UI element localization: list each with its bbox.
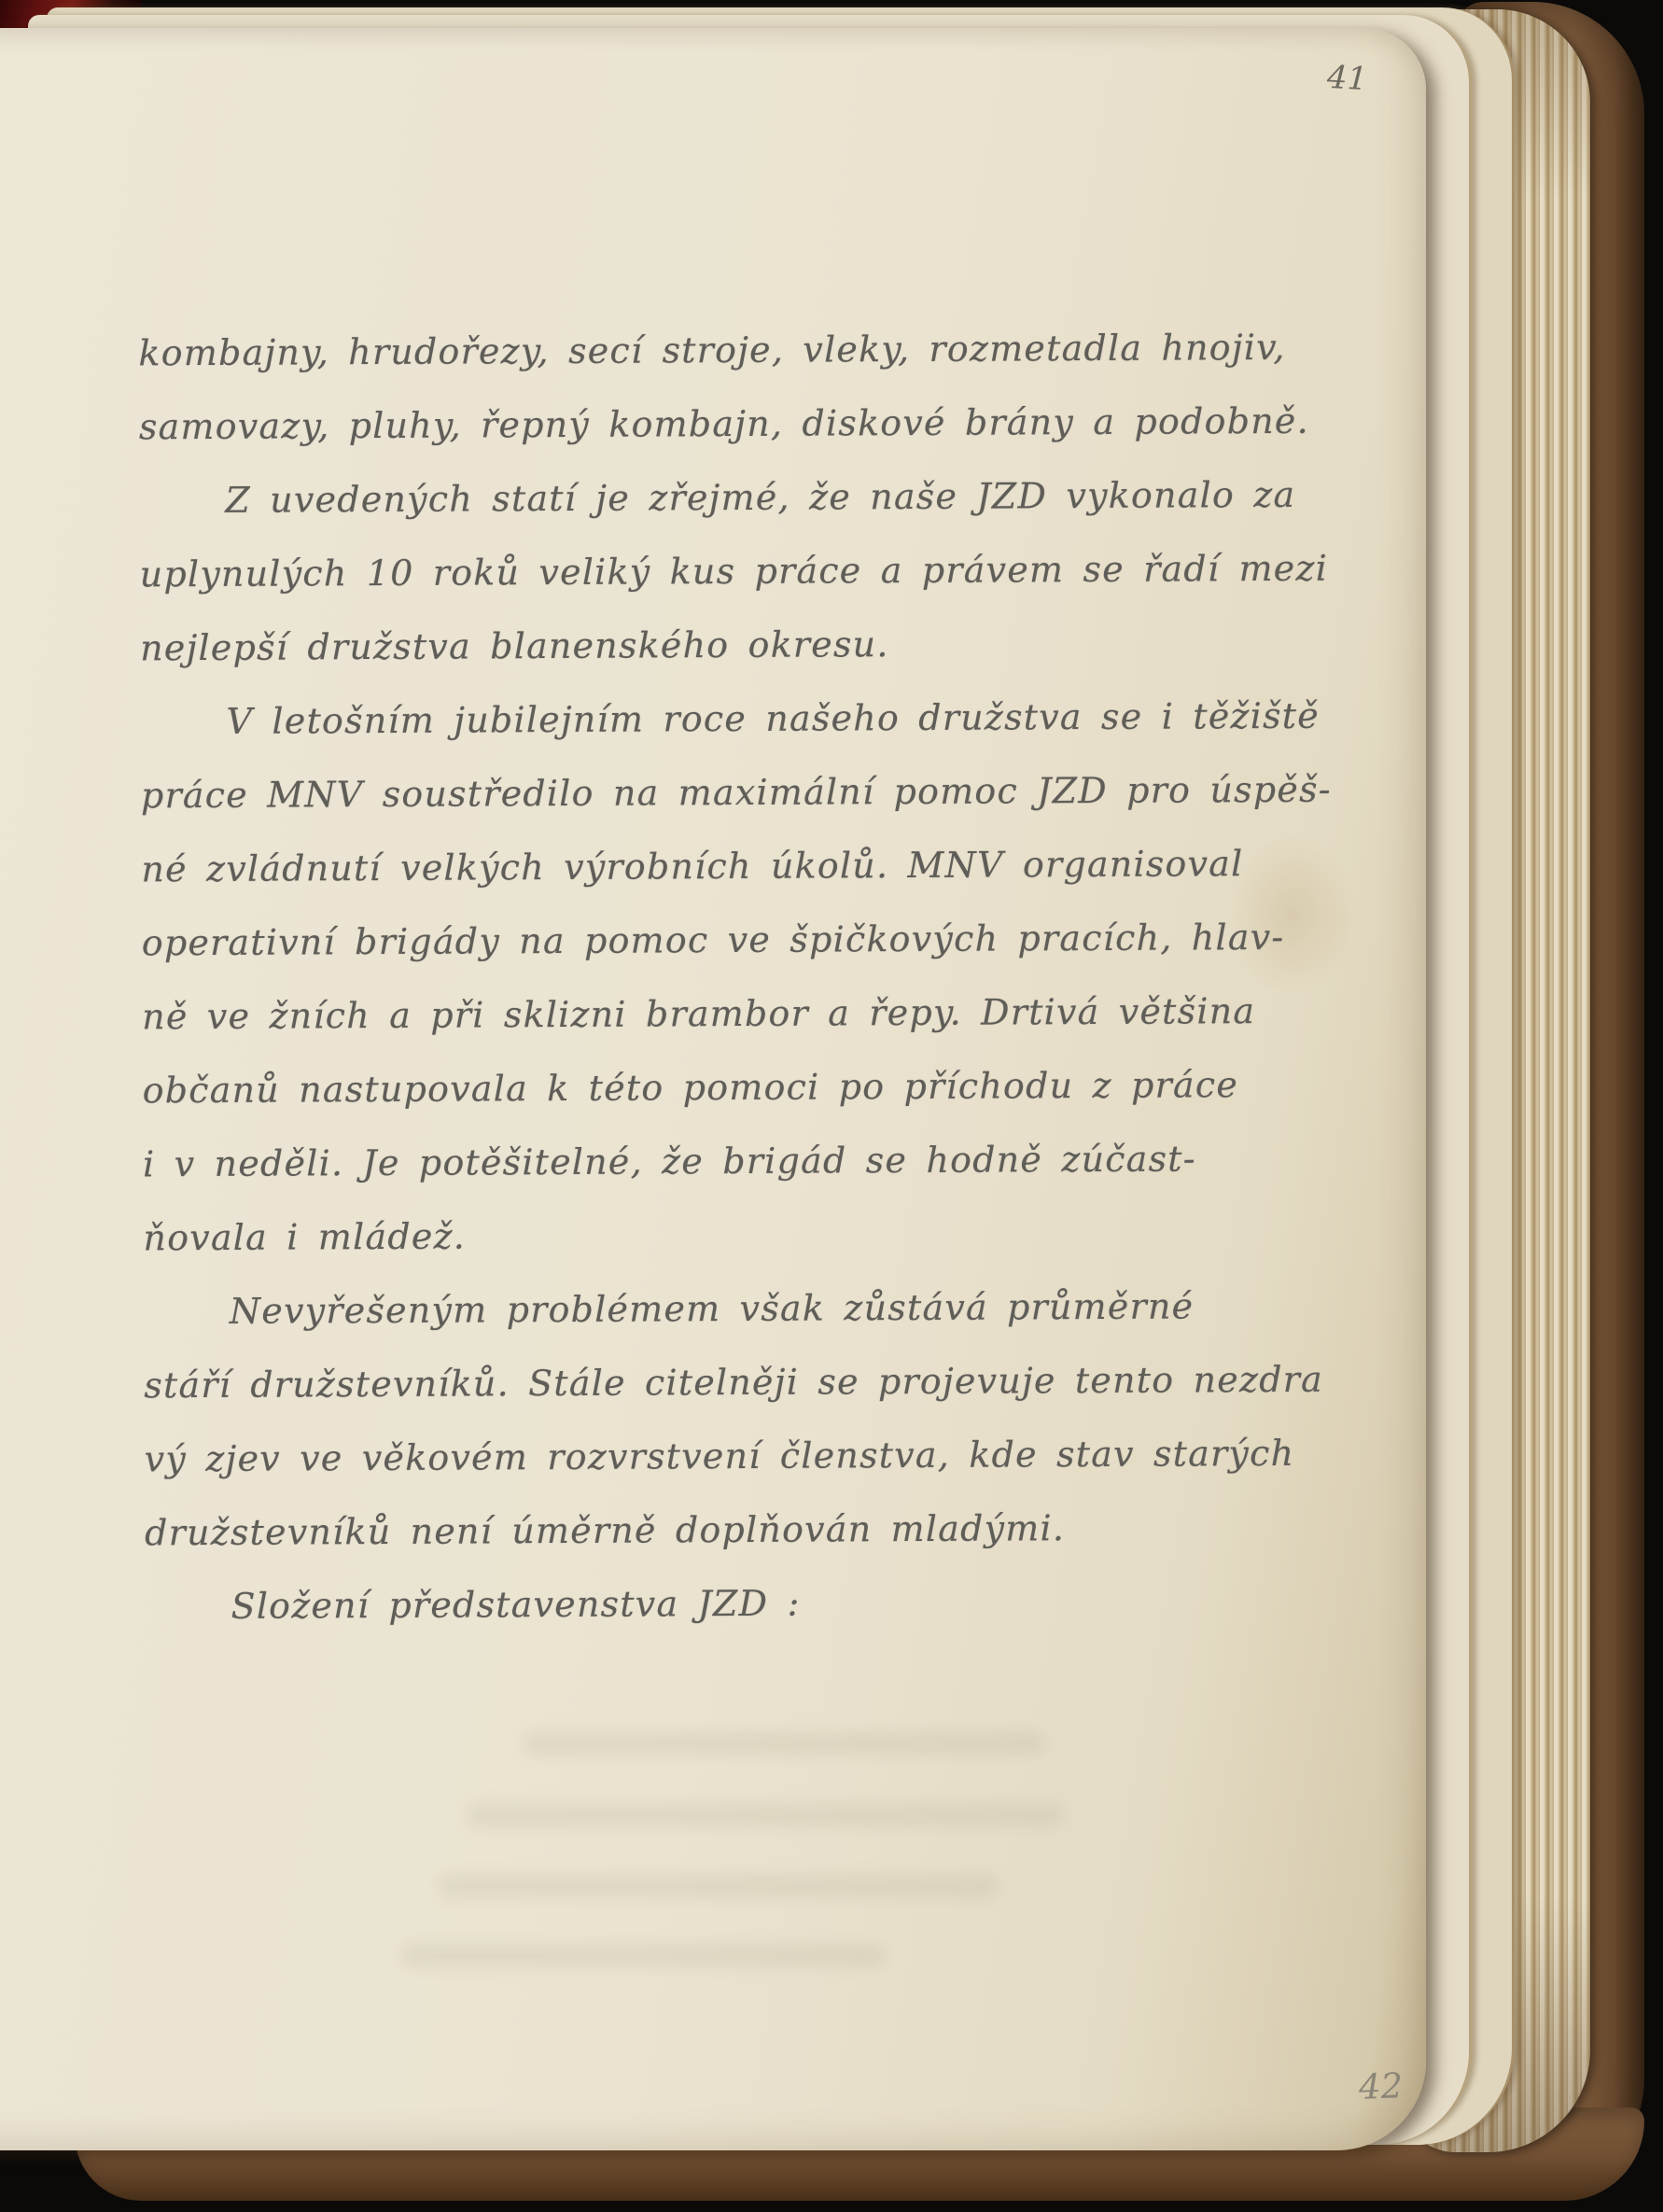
ink-show-through [401, 1943, 887, 1967]
handwritten-line: družstevníků není úměrně doplňován mladý… [145, 1491, 1335, 1571]
handwritten-line: samovazy, pluhy, řepný kombajn, diskové … [139, 385, 1330, 465]
book-photo: 41 42 kombajny, hrudořezy, secí stroje, … [0, 0, 1663, 2212]
handwritten-line: i v neděli. Je potěšitelné, že brigád se… [143, 1122, 1334, 1202]
handwritten-line: nejlepší družstva blanenského okresu. [140, 606, 1331, 686]
handwritten-line: operativní brigády na pomoc ve špičkovýc… [142, 901, 1333, 981]
handwritten-line: ňovala i mládež. [143, 1196, 1334, 1276]
handwritten-line: ně ve žních a při sklizni brambor a řepy… [142, 974, 1333, 1055]
handwritten-line: stáří družstevníků. Stále citelněji se p… [144, 1343, 1335, 1423]
ink-show-through [467, 1803, 1064, 1827]
page-number-top: 41 [1326, 59, 1368, 98]
ink-show-through [439, 1874, 999, 1898]
ink-show-through [523, 1731, 1045, 1756]
handwritten-line: Nevyřešeným problémem však zůstává průmě… [144, 1269, 1335, 1350]
handwritten-line: uplynulých 10 roků veliký kus práce a pr… [140, 532, 1331, 612]
handwritten-line: né zvládnutí velkých výrobních úkolů. MN… [141, 827, 1332, 907]
page-number-next: 42 [1358, 2065, 1404, 2107]
handwritten-text-block: kombajny, hrudořezy, secí stroje, vleky,… [138, 311, 1335, 1645]
handwritten-line: kombajny, hrudořezy, secí stroje, vleky,… [138, 311, 1329, 391]
handwritten-line: občanů nastupovala k této pomoci po příc… [142, 1048, 1333, 1128]
handwritten-line: práce MNV soustředilo na maximální pomoc… [141, 753, 1332, 833]
handwritten-line: vý zjev ve věkovém rozvrstvení členstva,… [144, 1417, 1335, 1497]
handwritten-line: Složení představenstva JZD : [145, 1564, 1335, 1645]
handwritten-line: Z uvedených statí je zřejmé, že naše JZD… [139, 458, 1330, 539]
handwritten-line: V letošním jubilejním roce našeho družst… [140, 679, 1331, 760]
